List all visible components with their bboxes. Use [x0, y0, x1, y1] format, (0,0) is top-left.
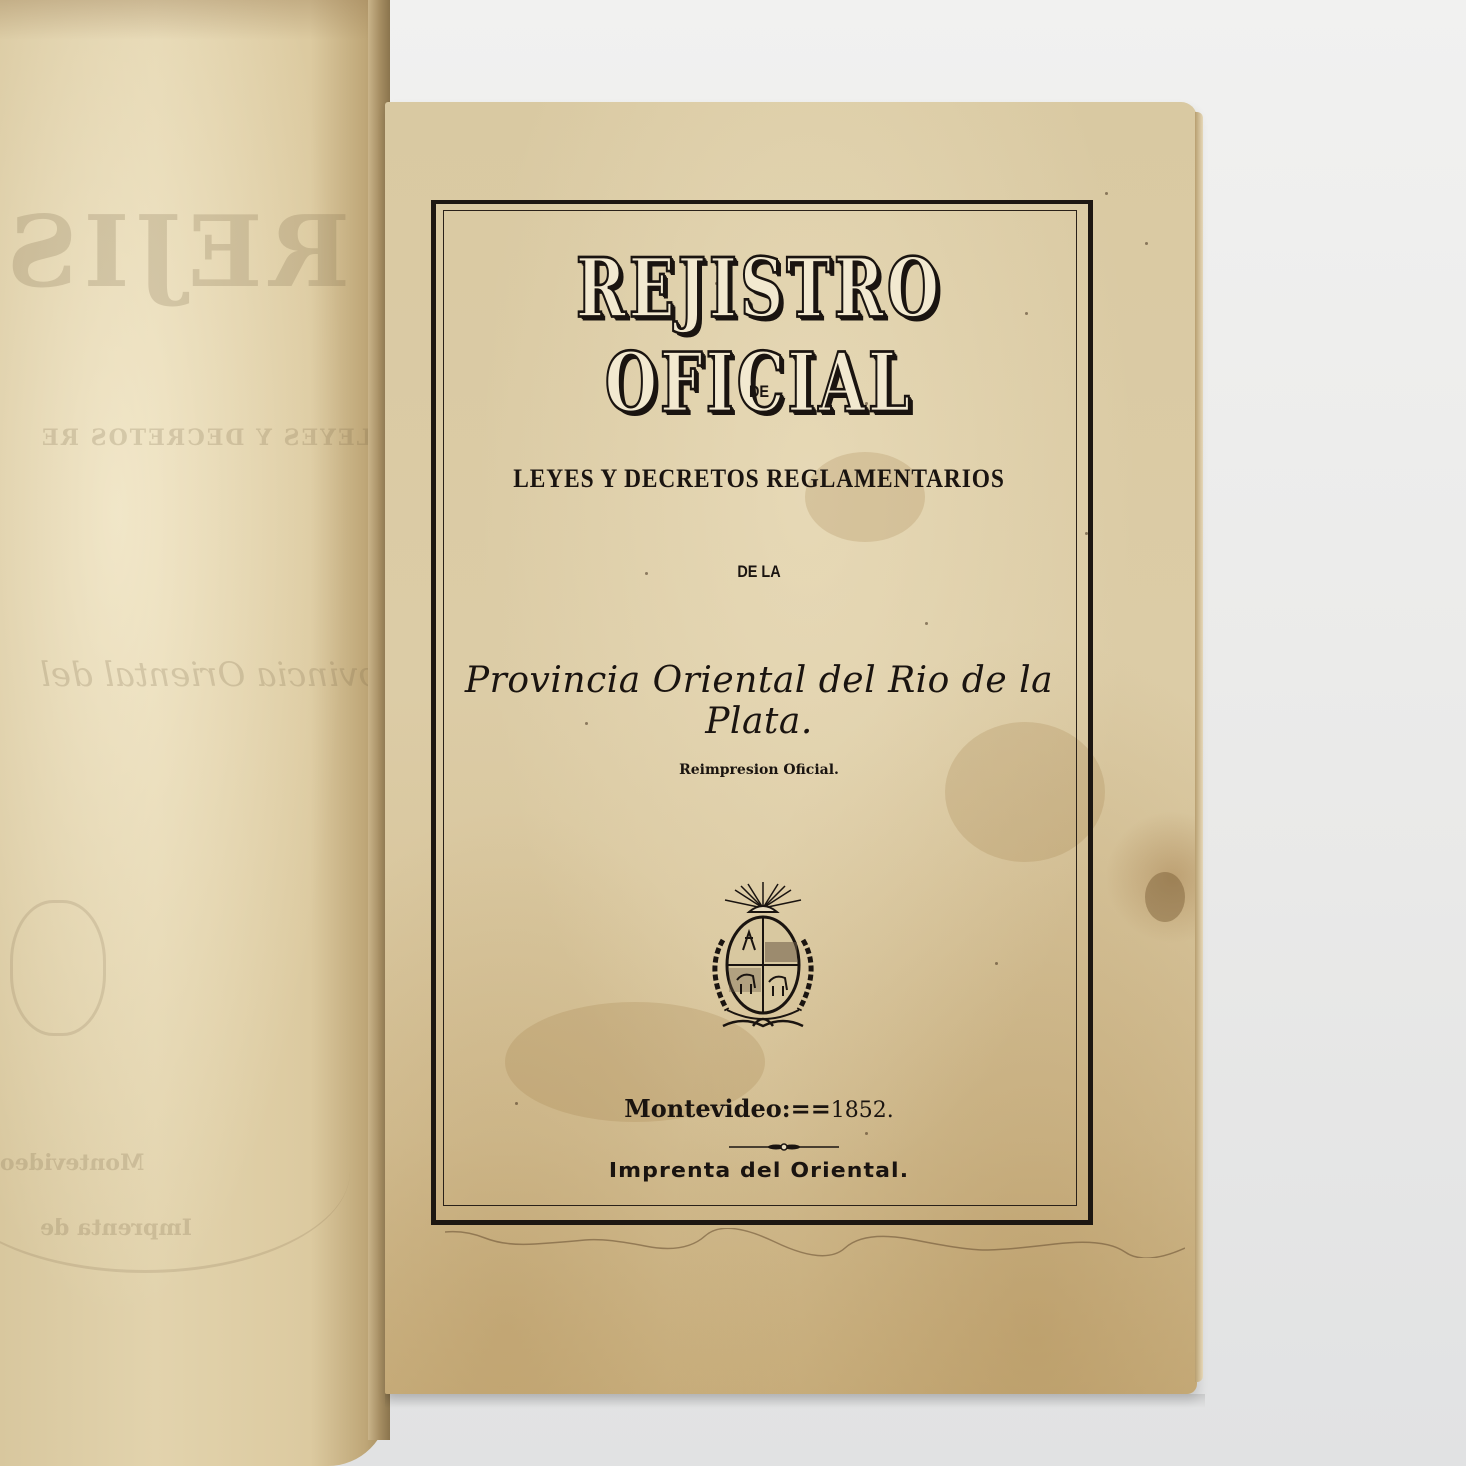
jurisdiction-blackletter: Provincia Oriental del Rio de la Plata.: [443, 660, 1075, 742]
torn-paper-edge: [445, 1228, 1185, 1258]
left-page-verso: REJISTRO O LEYES Y DECRETOS RE Provincia…: [0, 0, 388, 1466]
title-connector-de: DE: [490, 382, 1027, 402]
bleed-through-emblem: [10, 900, 106, 1036]
imprint-year: 1852.: [831, 1098, 894, 1123]
imprint-place-year: Montevideo:==1852.: [443, 1094, 1075, 1123]
bleed-through-subtitle: LEYES Y DECRETOS RE: [40, 425, 372, 451]
bleed-through-jurisdiction: Provincia Oriental del: [40, 655, 418, 695]
title-page: REJISTRO OFICIAL DE LEYES Y DECRETOS REG…: [385, 102, 1197, 1394]
coat-of-arms-icon: [693, 880, 833, 1040]
bleed-through-title: REJISTRO O: [0, 195, 350, 310]
imprint-place: Montevideo:==: [624, 1094, 831, 1123]
page-curl-shadow: [0, 1070, 350, 1273]
ornamental-rule-icon: [729, 1142, 839, 1152]
book-subtitle: LEYES Y DECRETOS REGLAMENTARIOS: [475, 464, 1044, 494]
edition-note: Reimpresion Oficial.: [443, 762, 1075, 778]
printer-name: Imprenta del Oriental.: [411, 1158, 1106, 1182]
page-shadow: [385, 1394, 1205, 1408]
book-title: REJISTRO OFICIAL: [443, 242, 1075, 431]
title-connector-de-la: DE LA: [490, 562, 1027, 582]
foxing-stain: [1145, 872, 1185, 922]
page-edge: [1195, 112, 1203, 1382]
